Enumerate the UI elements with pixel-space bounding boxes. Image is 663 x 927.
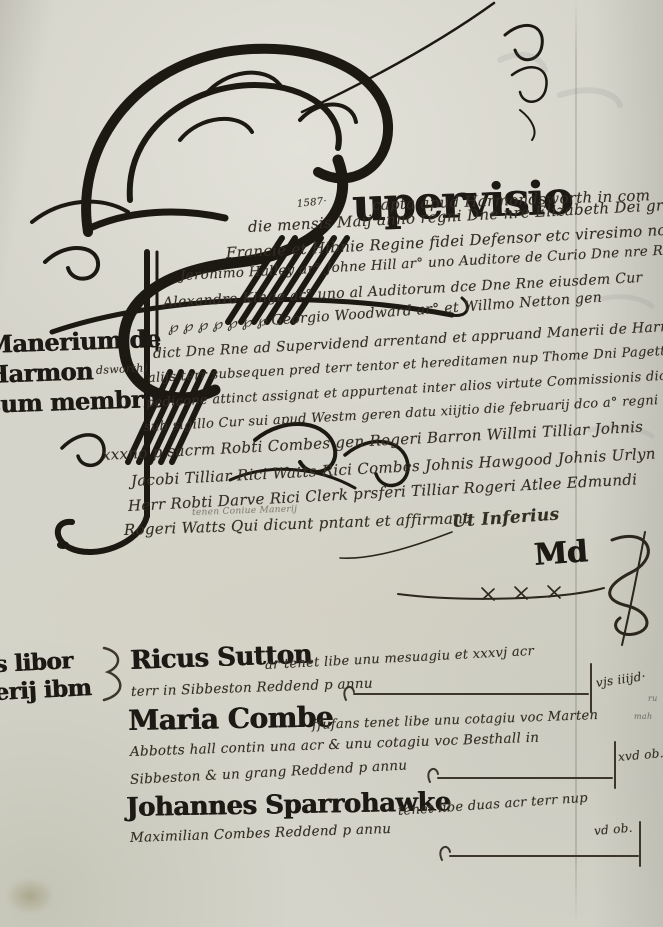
rental-entry-3: Johannes Sparrohawke tenet libe duas acr… <box>0 0 663 927</box>
manuscript-page: upervisio 1587· Manerium de Harmon dswor… <box>0 0 663 927</box>
entry-amount: vd ob. <box>593 821 633 838</box>
entry-line: Maximilian Combes Reddend p annu <box>130 821 392 846</box>
